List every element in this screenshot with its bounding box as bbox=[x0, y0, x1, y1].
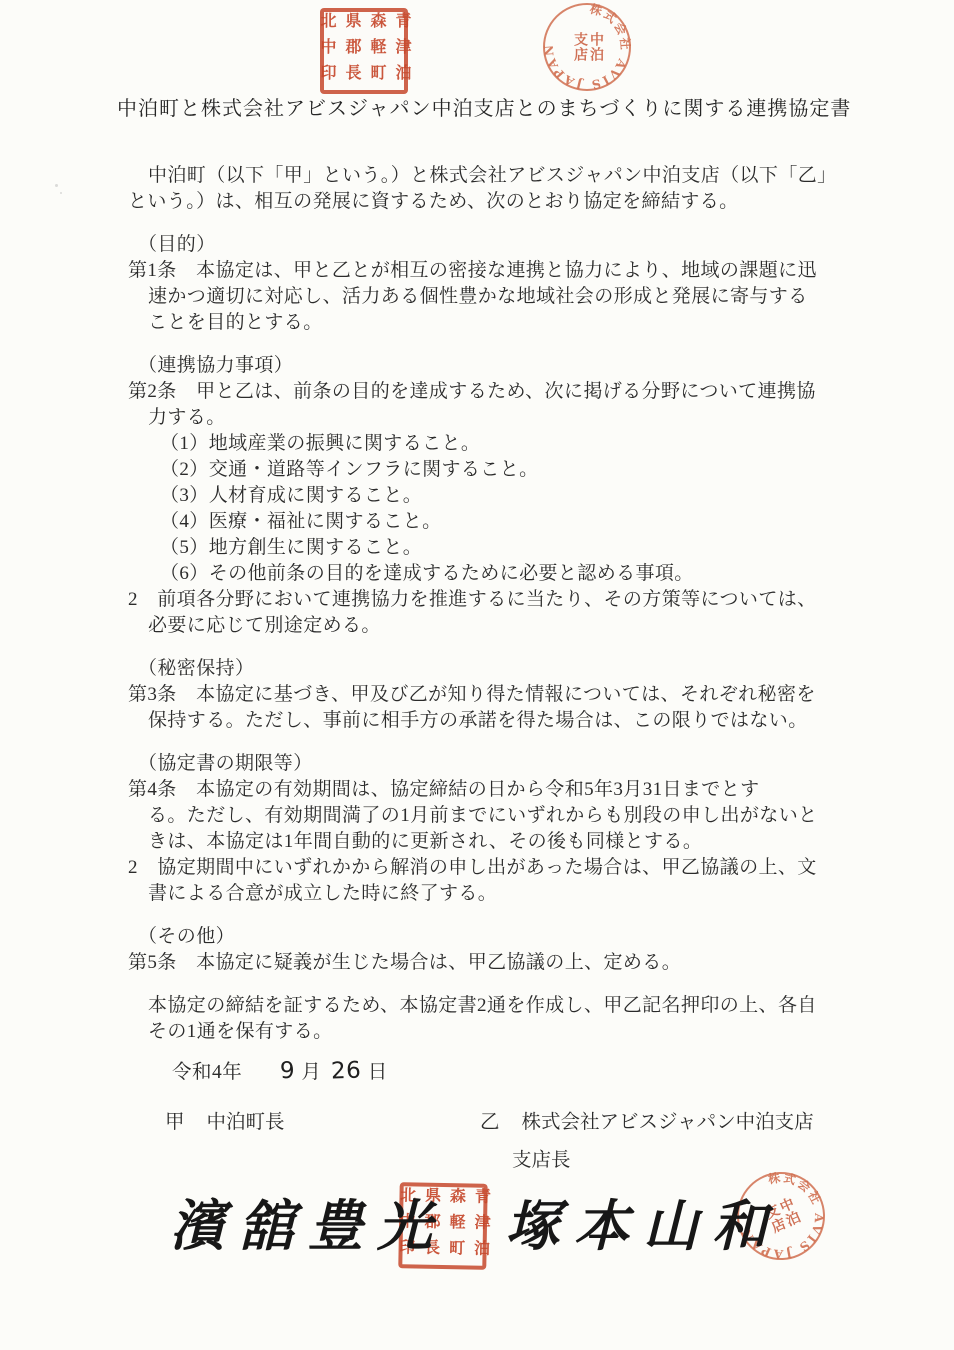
scan-artifact bbox=[55, 184, 58, 187]
doc-line: ことを目的とする。 bbox=[128, 310, 868, 336]
date-era-year: 令和4年 bbox=[172, 1062, 242, 1083]
agreement-date: 令和4年9月26日 bbox=[172, 1056, 388, 1084]
date-month-label: 月 bbox=[301, 1062, 321, 1083]
seal-column: 青森県北 bbox=[314, 12, 414, 38]
section-heading-term: （協定書の期限等） bbox=[128, 751, 868, 777]
party-a-name: 中泊町長 bbox=[207, 1112, 285, 1133]
doc-list-item-1: （1）地域産業の振興に関すること。 bbox=[128, 431, 868, 457]
doc-line-article-1: 第1条 本協定は、甲と乙とが相互の密接な連携と協力により、地域の課題に迅 bbox=[128, 258, 868, 284]
doc-line: 中泊町（以下「甲」という。）と株式会社アビスジャパン中泊支店（以下「乙」 bbox=[128, 163, 868, 189]
town-mayor-seal-stamp: 青森県北 津軽郡中 泊町長印 bbox=[320, 8, 408, 94]
doc-line: 書による合意が成立した時に終了する。 bbox=[128, 881, 868, 907]
doc-line: 速かつ適切に対応し、活力ある個性豊かな地域社会の形成と発展に寄与する bbox=[128, 284, 868, 310]
doc-line-article-4: 第4条 本協定の有効期間は、協定締結の日から令和5年3月31日までとす bbox=[128, 777, 868, 803]
date-day-label: 日 bbox=[368, 1062, 388, 1083]
party-b-name: 株式会社アビスジャパン中泊支店 bbox=[522, 1112, 814, 1133]
doc-line-clause-2: 2 協定期間中にいずれかから解消の申し出があった場合は、甲乙協議の上、文 bbox=[128, 855, 868, 881]
party-b-label: 乙 bbox=[480, 1112, 500, 1133]
doc-line: 保持する。ただし、事前に相手方の承諾を得た場合は、この限りではない。 bbox=[128, 708, 868, 734]
doc-closing-line: その1通を保有する。 bbox=[128, 1019, 868, 1045]
doc-line: 力する。 bbox=[128, 405, 868, 431]
section-heading-purpose: （目的） bbox=[128, 232, 868, 258]
section-heading-other: （その他） bbox=[128, 924, 868, 950]
seal-center-col: 中泊 bbox=[588, 32, 603, 62]
date-month-handwritten: 9 bbox=[280, 1058, 296, 1085]
document-body: 中泊町（以下「甲」という。）と株式会社アビスジャパン中泊支店（以下「乙」 という… bbox=[128, 163, 868, 1045]
doc-list-item-3: （3）人材育成に関すること。 bbox=[128, 483, 868, 509]
seal-center-text: 中泊 支店 bbox=[571, 25, 603, 69]
doc-list-item-6: （6）その他前条の目的を達成するために必要と認める事項。 bbox=[128, 561, 868, 587]
seal-column: 泊町長印 bbox=[314, 64, 414, 90]
doc-list-item-2: （2）交通・道路等インフラに関すること。 bbox=[128, 457, 868, 483]
doc-list-item-4: （4）医療・福祉に関すること。 bbox=[128, 509, 868, 535]
party-b: 乙株式会社アビスジャパン中泊支店 bbox=[480, 1106, 814, 1134]
doc-line: 必要に応じて別途定める。 bbox=[128, 613, 868, 639]
doc-line: という。）は、相互の発展に資するため、次のとおり協定を締結する。 bbox=[128, 189, 868, 215]
section-heading-confidentiality: （秘密保持） bbox=[128, 656, 868, 682]
date-day-handwritten: 26 bbox=[331, 1057, 362, 1084]
doc-list-item-5: （5）地方創生に関すること。 bbox=[128, 535, 868, 561]
section-heading-cooperation: （連携協力事項） bbox=[128, 353, 868, 379]
signature-party-b-handwritten: 塚本山和 bbox=[505, 1182, 781, 1261]
doc-line-article-3: 第3条 本協定に基づき、甲及び乙が知り得た情報については、それぞれ秘密を bbox=[128, 682, 868, 708]
company-round-seal-stamp: 株式会社 AVIS JAPAN 中泊 支店 bbox=[543, 3, 631, 91]
doc-line-clause-2: 2 前項各分野において連携協力を推進するに当たり、その方策等については、 bbox=[128, 587, 868, 613]
doc-line: きは、本協定は1年間自動的に更新され、その後も同様とする。 bbox=[128, 829, 868, 855]
seal-center-col: 支店 bbox=[572, 32, 587, 62]
doc-closing-line: 本協定の締結を証するため、本協定書2通を作成し、甲乙記名押印の上、各自 bbox=[128, 993, 868, 1019]
scanned-agreement-document: 青森県北 津軽郡中 泊町長印 株式会社 AVIS JAPAN 中泊 支店 中泊町… bbox=[0, 0, 954, 1350]
document-title: 中泊町と株式会社アビスジャパン中泊支店とのまちづくりに関する連携協定書 bbox=[117, 92, 851, 121]
seal-column: 津軽郡中 bbox=[314, 38, 414, 64]
party-a-label: 甲 bbox=[165, 1112, 185, 1133]
signature-party-a-handwritten: 濱舘豊光 bbox=[170, 1182, 446, 1261]
doc-line-article-5: 第5条 本協定に疑義が生じた場合は、甲乙協議の上、定める。 bbox=[128, 950, 868, 976]
party-b-title: 支店長 bbox=[512, 1144, 571, 1172]
party-a: 甲中泊町長 bbox=[165, 1106, 285, 1134]
doc-line-article-2: 第2条 甲と乙は、前条の目的を達成するため、次に掲げる分野について連携協 bbox=[128, 379, 868, 405]
doc-line: る。ただし、有効期間満了の1月前までにいずれからも別段の申し出がないと bbox=[128, 803, 868, 829]
scan-artifact bbox=[60, 192, 62, 194]
